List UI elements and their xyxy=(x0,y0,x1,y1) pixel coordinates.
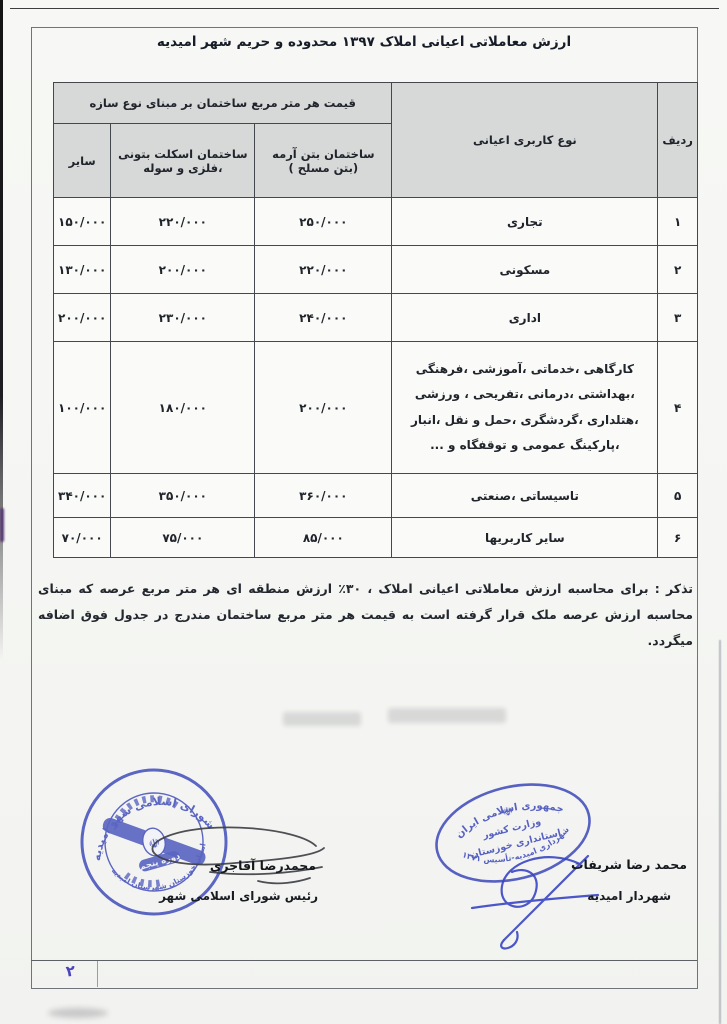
price-cell: ۱۰۰/۰۰۰ xyxy=(54,342,111,474)
header-skeleton: ساختمان اسکلت بتونی ،فلزی و سوله xyxy=(111,124,255,198)
row-number: ۴ xyxy=(658,342,698,474)
usage-cell: مسکونی xyxy=(392,246,658,294)
table-row: ۵ تاسیساتی ،صنعتی ۳۶۰/۰۰۰ ۳۵۰/۰۰۰ ۳۴۰/۰۰… xyxy=(54,474,698,518)
price-cell: ۱۸۰/۰۰۰ xyxy=(111,342,255,474)
valuation-table: ردیف نوع کاربری اعیانی قیمت هر متر مربع … xyxy=(53,82,698,558)
price-cell: ۲۵۰/۰۰۰ xyxy=(255,198,392,246)
row-number: ۱ xyxy=(658,198,698,246)
row-number: ۵ xyxy=(658,474,698,518)
ghost-text-smudge xyxy=(388,708,506,723)
usage-cell: تجاری xyxy=(392,198,658,246)
scan-smudge xyxy=(48,1008,108,1018)
price-cell: ۳۵۰/۰۰۰ xyxy=(111,474,255,518)
scan-ink-blob xyxy=(0,508,4,542)
scan-right-shadow xyxy=(719,640,721,1024)
price-cell: ۲۳۰/۰۰۰ xyxy=(111,294,255,342)
price-cell: ۲۰۰/۰۰۰ xyxy=(255,342,392,474)
council-signature xyxy=(140,820,330,890)
header-price-group: قیمت هر متر مربع ساختمان بر مبنای نوع سا… xyxy=(54,83,392,124)
table-row: ۴ کارگاهی ،خدماتی ،آموزشی ،فرهنگی ،بهداش… xyxy=(54,342,698,474)
price-cell: ۱۳۰/۰۰۰ xyxy=(54,246,111,294)
document-title: ارزش معاملاتی اعیانی املاک ۱۳۹۷ محدوده و… xyxy=(31,34,697,50)
price-cell: ۲۲۰/۰۰۰ xyxy=(111,198,255,246)
scanned-document-page: ارزش معاملاتی اعیانی املاک ۱۳۹۷ محدوده و… xyxy=(0,0,727,1024)
usage-cell: سایر کاربریها xyxy=(392,518,658,558)
price-cell: ۷۰/۰۰۰ xyxy=(54,518,111,558)
row-number: ۲ xyxy=(658,246,698,294)
header-row-number: ردیف xyxy=(658,83,698,198)
usage-cell: اداری xyxy=(392,294,658,342)
header-reinforced-concrete: ساختمان بتن آرمه (بتن مسلح ) xyxy=(255,124,392,198)
table-row: ۳ اداری ۲۴۰/۰۰۰ ۲۳۰/۰۰۰ ۲۰۰/۰۰۰ xyxy=(54,294,698,342)
council-signatory-title: رئیس شورای اسلامی شهر xyxy=(159,889,318,903)
usage-cell: کارگاهی ،خدماتی ،آموزشی ،فرهنگی ،بهداشتی… xyxy=(392,342,658,474)
price-cell: ۱۵۰/۰۰۰ xyxy=(54,198,111,246)
price-cell: ۳۴۰/۰۰۰ xyxy=(54,474,111,518)
mayor-title: شهردار امیدیه xyxy=(587,889,671,903)
row-number: ۳ xyxy=(658,294,698,342)
price-cell: ۲۰۰/۰۰۰ xyxy=(54,294,111,342)
header-other: سایر xyxy=(54,124,111,198)
price-cell: ۲۴۰/۰۰۰ xyxy=(255,294,392,342)
header-usage-type: نوع کاربری اعیانی xyxy=(392,83,658,198)
scan-edge-artifact xyxy=(0,0,3,660)
footer-rule xyxy=(31,960,697,961)
council-signatory-name: محمدرضا آقاجری xyxy=(210,858,316,873)
table-row: ۱ تجاری ۲۵۰/۰۰۰ ۲۲۰/۰۰۰ ۱۵۰/۰۰۰ xyxy=(54,198,698,246)
ghost-text-smudge xyxy=(283,712,361,726)
price-cell: ۷۵/۰۰۰ xyxy=(111,518,255,558)
row-number: ۶ xyxy=(658,518,698,558)
mayor-name: محمد رضا شریفات xyxy=(571,857,687,872)
footer-divider xyxy=(97,961,98,987)
price-cell: ۲۲۰/۰۰۰ xyxy=(255,246,392,294)
price-cell: ۸۵/۰۰۰ xyxy=(255,518,392,558)
usage-cell: تاسیساتی ،صنعتی xyxy=(392,474,658,518)
price-cell: ۳۶۰/۰۰۰ xyxy=(255,474,392,518)
note-paragraph: تذکر : برای محاسبه ارزش معاملاتی اعیانی … xyxy=(38,576,693,654)
outer-border-top xyxy=(10,8,719,9)
price-cell: ۲۰۰/۰۰۰ xyxy=(111,246,255,294)
table-row: ۲ مسکونی ۲۲۰/۰۰۰ ۲۰۰/۰۰۰ ۱۳۰/۰۰۰ xyxy=(54,246,698,294)
table-row: ۶ سایر کاربریها ۸۵/۰۰۰ ۷۵/۰۰۰ ۷۰/۰۰۰ xyxy=(54,518,698,558)
